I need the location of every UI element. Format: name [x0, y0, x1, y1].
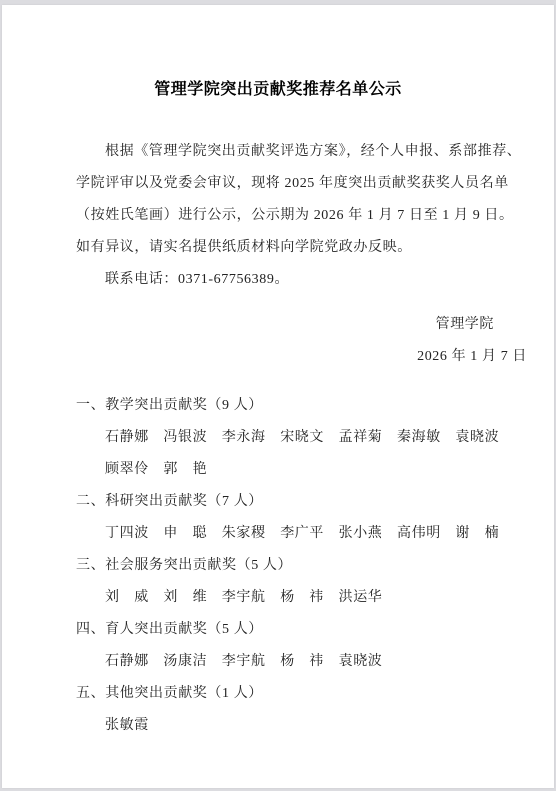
- section-heading: 四、育人突出贡献奖（5 人）: [76, 614, 514, 646]
- section-heading: 三、社会服务突出贡献奖（5 人）: [76, 550, 514, 582]
- signature-block: 管理学院 2026 年 1 月 7 日: [2, 309, 554, 373]
- contact-phone-line: 联系电话：0371-67756389。: [76, 264, 488, 296]
- section-names-line: 张敏霞: [76, 710, 514, 742]
- paragraph-line: 如有异议，请实名提供纸质材料向学院党政办反映。: [76, 232, 488, 264]
- signature-date: 2026 年 1 月 7 日: [2, 341, 527, 373]
- award-section-education: 四、育人突出贡献奖（5 人） 石静娜 汤康洁 李宇航 杨 祎 袁晓波: [76, 614, 514, 678]
- section-names-line: 顾翠伶 郭 艳: [76, 454, 514, 486]
- section-names-line: 石静娜 汤康洁 李宇航 杨 祎 袁晓波: [76, 646, 514, 678]
- paragraph-line: 根据《管理学院突出贡献奖评选方案》，经个人申报、系部推荐、: [76, 136, 488, 168]
- section-names-line: 刘 威 刘 维 李宇航 杨 祎 洪运华: [76, 582, 514, 614]
- award-section-other: 五、其他突出贡献奖（1 人） 张敏霞: [76, 678, 514, 742]
- section-heading: 二、科研突出贡献奖（7 人）: [76, 486, 514, 518]
- award-section-social-service: 三、社会服务突出贡献奖（5 人） 刘 威 刘 维 李宇航 杨 祎 洪运华: [76, 550, 514, 614]
- section-heading: 五、其他突出贡献奖（1 人）: [76, 678, 514, 710]
- document-page: 管理学院突出贡献奖推荐名单公示 根据《管理学院突出贡献奖评选方案》，经个人申报、…: [2, 5, 554, 788]
- section-heading: 一、教学突出贡献奖（9 人）: [76, 390, 514, 422]
- body-paragraph: 根据《管理学院突出贡献奖评选方案》，经个人申报、系部推荐、 学院评审以及党委会审…: [76, 136, 488, 296]
- section-names-line: 丁四波 申 聪 朱家稷 李广平 张小燕 高伟明 谢 楠: [76, 518, 514, 550]
- award-sections: 一、教学突出贡献奖（9 人） 石静娜 冯银波 李永海 宋晓文 孟祥菊 秦海敏 袁…: [76, 390, 514, 742]
- page-title: 管理学院突出贡献奖推荐名单公示: [42, 76, 514, 99]
- signature-org: 管理学院: [2, 309, 494, 341]
- paragraph-line: （按姓氏笔画）进行公示，公示期为 2026 年 1 月 7 日至 1 月 9 日…: [76, 200, 488, 232]
- section-names-line: 石静娜 冯银波 李永海 宋晓文 孟祥菊 秦海敏 袁晓波: [76, 422, 514, 454]
- award-section-research: 二、科研突出贡献奖（7 人） 丁四波 申 聪 朱家稷 李广平 张小燕 高伟明 谢…: [76, 486, 514, 550]
- paragraph-line: 学院评审以及党委会审议，现将 2025 年度突出贡献奖获奖人员名单: [76, 168, 488, 200]
- award-section-teaching: 一、教学突出贡献奖（9 人） 石静娜 冯银波 李永海 宋晓文 孟祥菊 秦海敏 袁…: [76, 390, 514, 486]
